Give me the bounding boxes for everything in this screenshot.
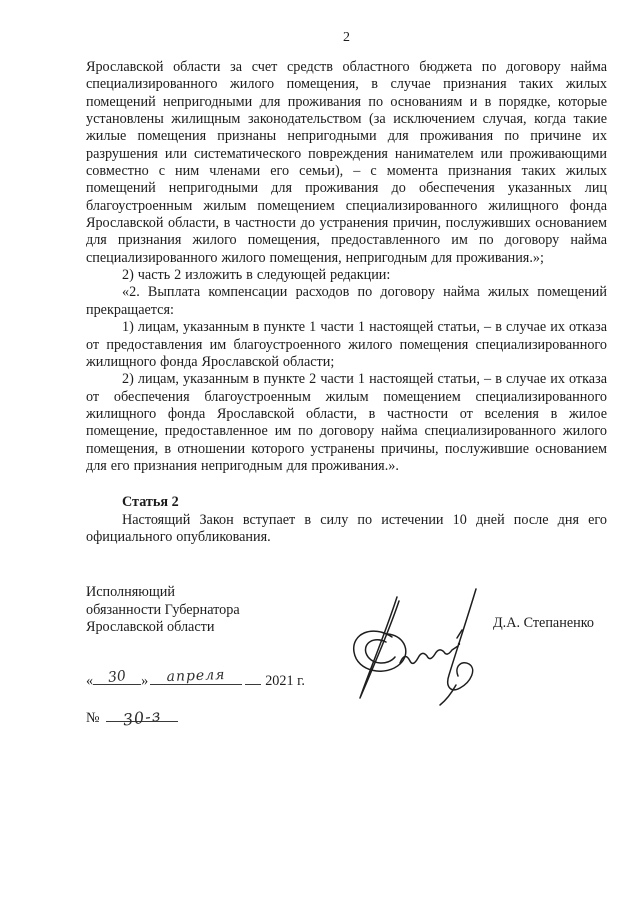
close-quote: »	[141, 673, 148, 689]
fill-in-underline: 30	[93, 669, 141, 685]
fill-in-underline: апреля	[150, 669, 242, 685]
handwritten-day: 30	[92, 666, 142, 688]
handwritten-month: апреля	[150, 667, 243, 686]
fill-in-underline: 30-з	[106, 706, 178, 722]
body-paragraph: 1) лицам, указанным в пункте 1 части 1 н…	[86, 319, 607, 371]
body-paragraph: 2) лицам, указанным в пункте 2 части 1 н…	[86, 371, 607, 475]
article-paragraph: Настоящий Закон вступает в силу по истеч…	[86, 512, 607, 547]
page-content: 2 Ярославской области за счет средств об…	[0, 0, 640, 727]
handwritten-number: 30-з	[105, 703, 179, 732]
signatory-name: Д.А. Степаненко	[493, 615, 594, 632]
number-label: №	[86, 710, 100, 726]
handwritten-signature-icon	[330, 586, 490, 724]
fill-in-underline	[245, 669, 261, 685]
article-heading: Статья 2	[86, 494, 607, 511]
body-paragraph: Ярославской области за счет средств обла…	[86, 59, 607, 267]
page-number: 2	[86, 30, 607, 46]
year-text: 2021 г.	[265, 673, 305, 689]
document-page: 2 Ярославской области за счет средств об…	[0, 0, 640, 905]
body-paragraph: 2) часть 2 изложить в следующей редакции…	[86, 267, 607, 284]
body-paragraph: «2. Выплата компенсации расходов по дого…	[86, 284, 607, 319]
